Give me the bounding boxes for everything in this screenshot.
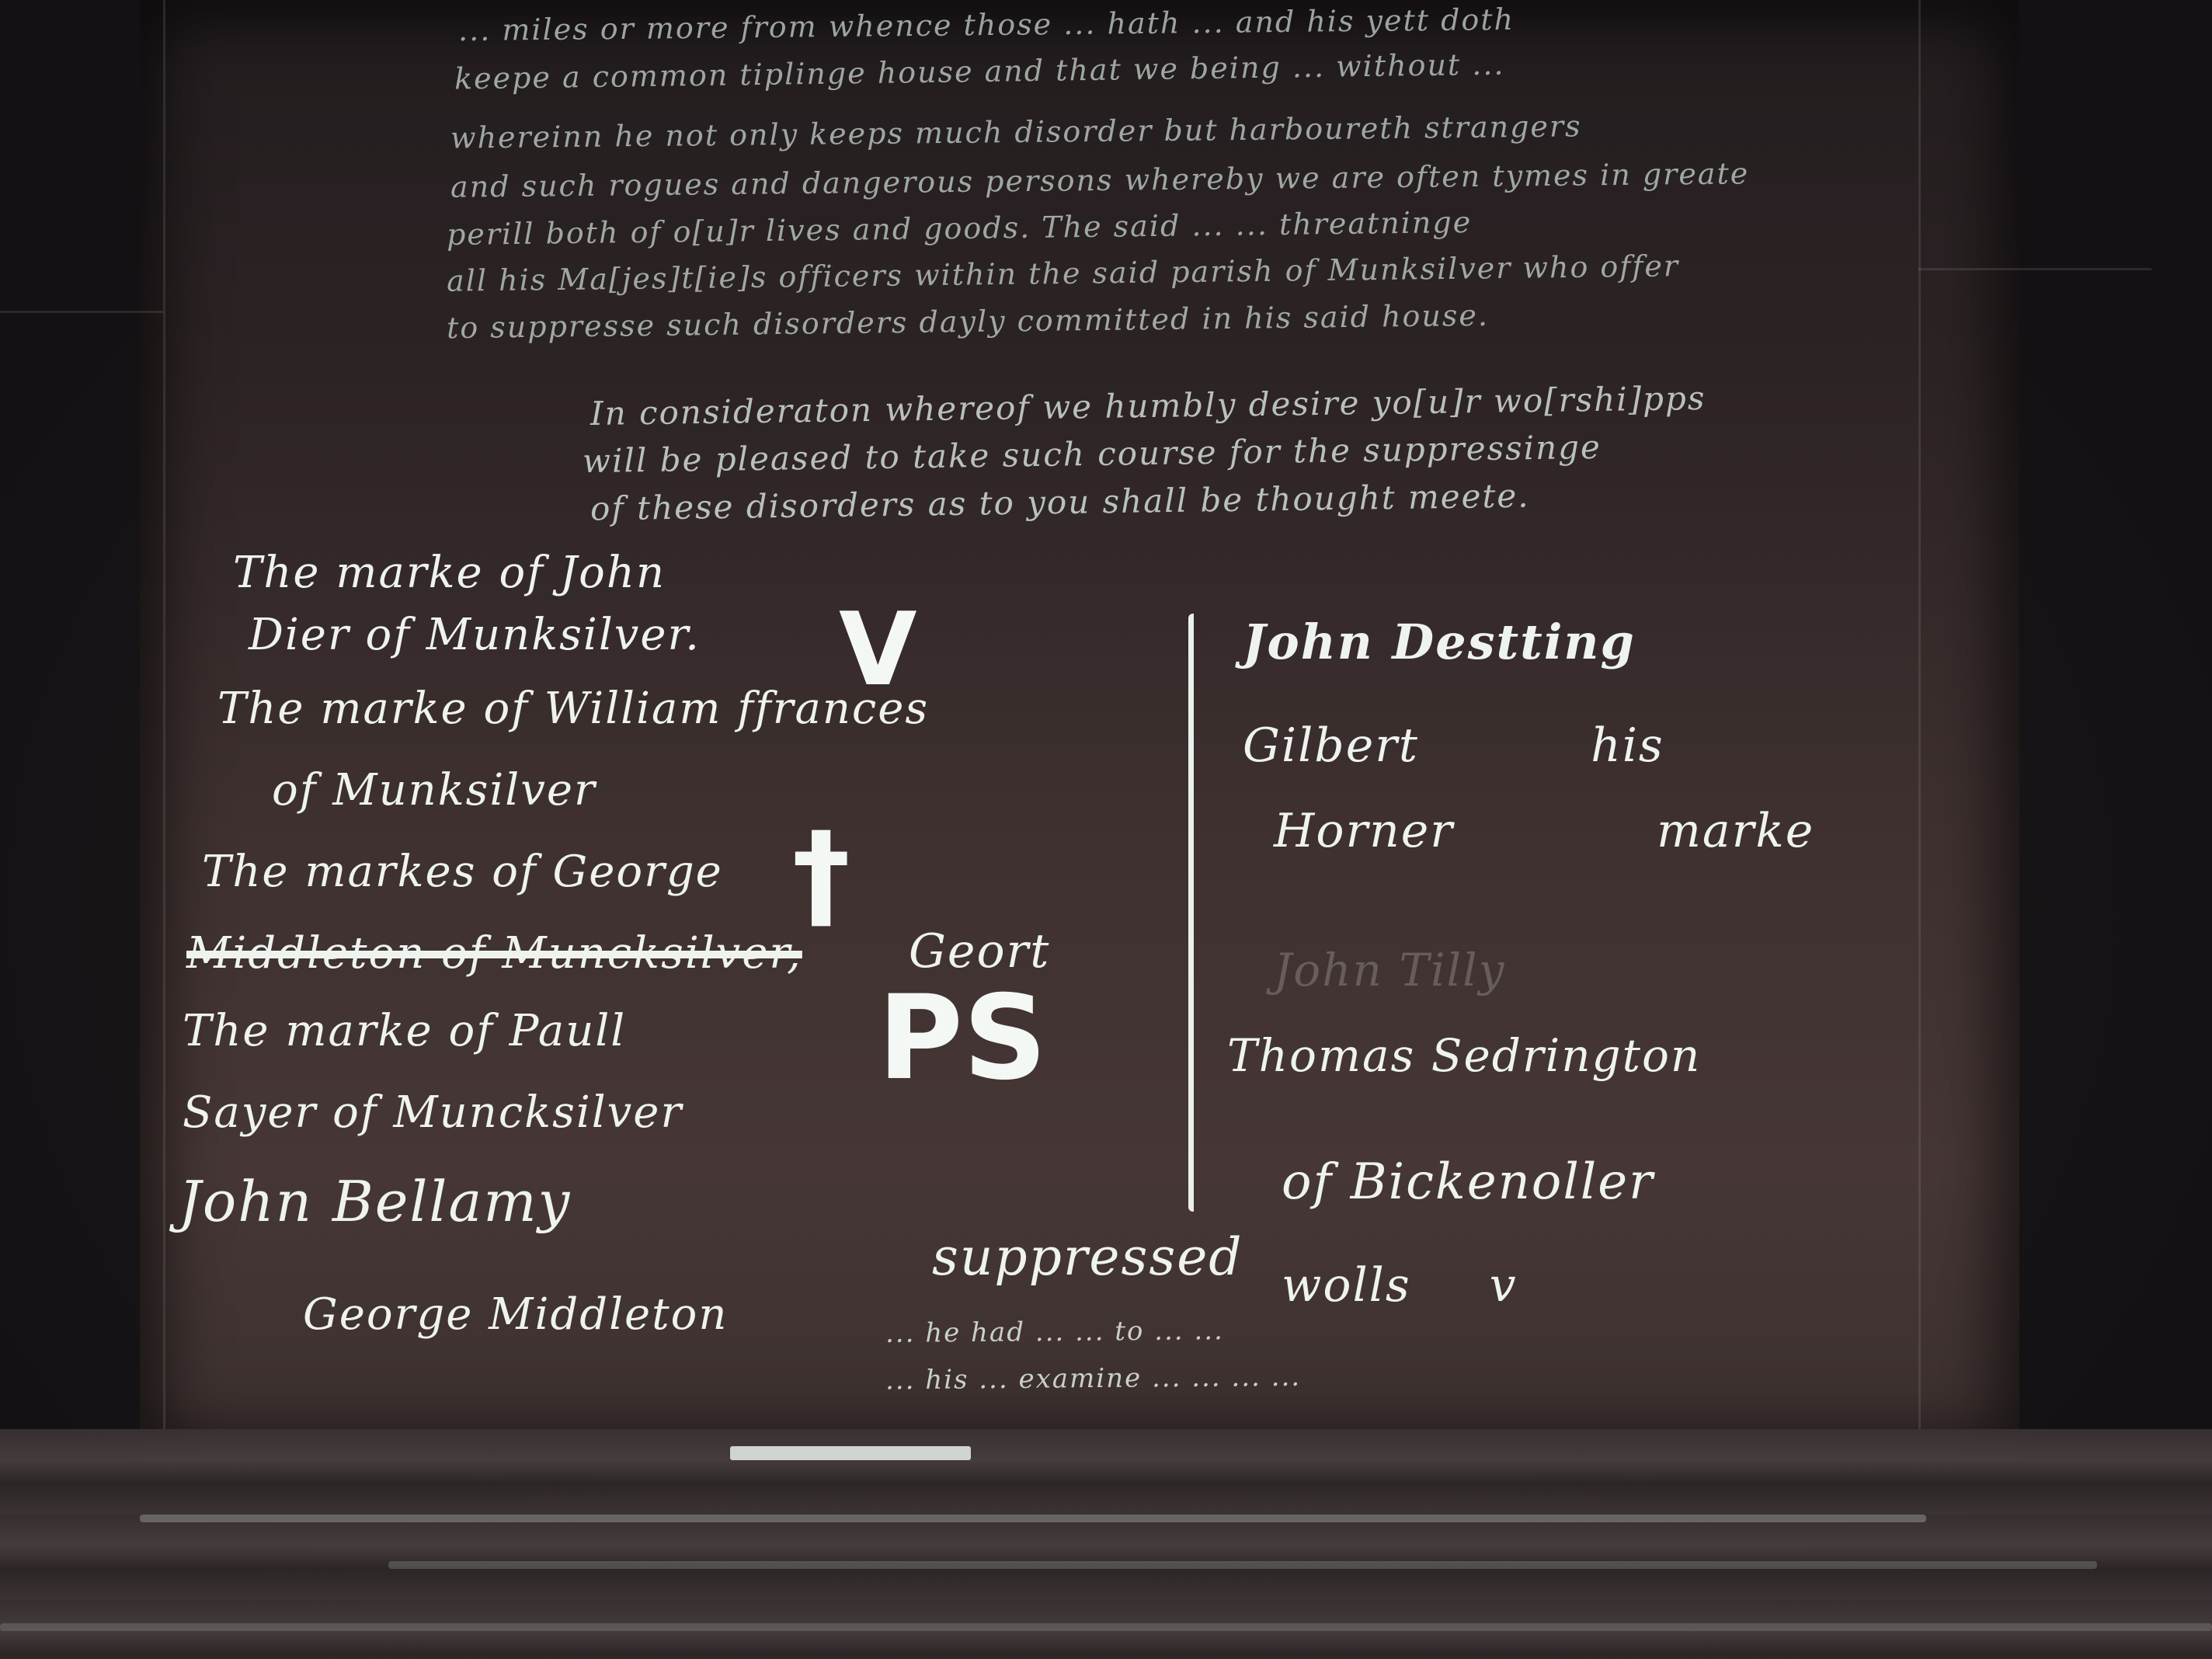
panel-edge-left (163, 0, 165, 1429)
signatory-1-line2: Dier of Munksilver. (249, 610, 701, 660)
signatory-right-3: Horner marke (1274, 804, 1814, 858)
panel-edge-right (1918, 0, 1921, 1429)
suppressed-word: suppressed (932, 1227, 1243, 1287)
signatory-2-line2: of Munksilver (272, 765, 596, 816)
ps-mark-icon: PS (878, 971, 1047, 1106)
signatory-right-2: Gilbert his (1243, 718, 1664, 773)
signatory-right-6: of Bickenoller (1282, 1153, 1654, 1211)
signatory-john-bellamy: John Bellamy (179, 1169, 571, 1234)
signatory-right-5: Thomas Sedrington (1227, 1029, 1701, 1082)
floor-streak-3 (0, 1623, 2212, 1631)
signatory-george-middleton: George Middleton (303, 1289, 728, 1340)
signatory-right-4-faint: John Tilly (1274, 944, 1505, 996)
signatory-3-line2: Middleton of Muncksilver, (186, 928, 802, 979)
bracket-divider (1188, 614, 1202, 1212)
floor-streak-2 (388, 1561, 2097, 1569)
panel-seam-left (0, 311, 163, 313)
footer-note-line-1: ... he had ... ... to ... ... (885, 1315, 1224, 1349)
signatory-2-line1: The marke of William ffrances (217, 683, 929, 734)
signatory-4-line2: Sayer of Muncksilver (183, 1087, 683, 1138)
signatory-4-line1: The marke of Paull (183, 1006, 626, 1056)
panel-seam-right (1918, 268, 2151, 270)
footer-note-line-2: ... his ... examine ... ... ... ... (885, 1362, 1301, 1396)
signatory-1-line1: The marke of John (233, 548, 666, 598)
signatory-3-line1: The markes of George (202, 847, 723, 897)
signatory-right-1: John Destting (1243, 614, 1636, 670)
floor-light-patch (730, 1446, 971, 1460)
floor-streak-1 (140, 1515, 1926, 1522)
signatory-right-7: wolls v (1282, 1258, 1518, 1313)
cross-mark-icon: † (792, 808, 850, 943)
